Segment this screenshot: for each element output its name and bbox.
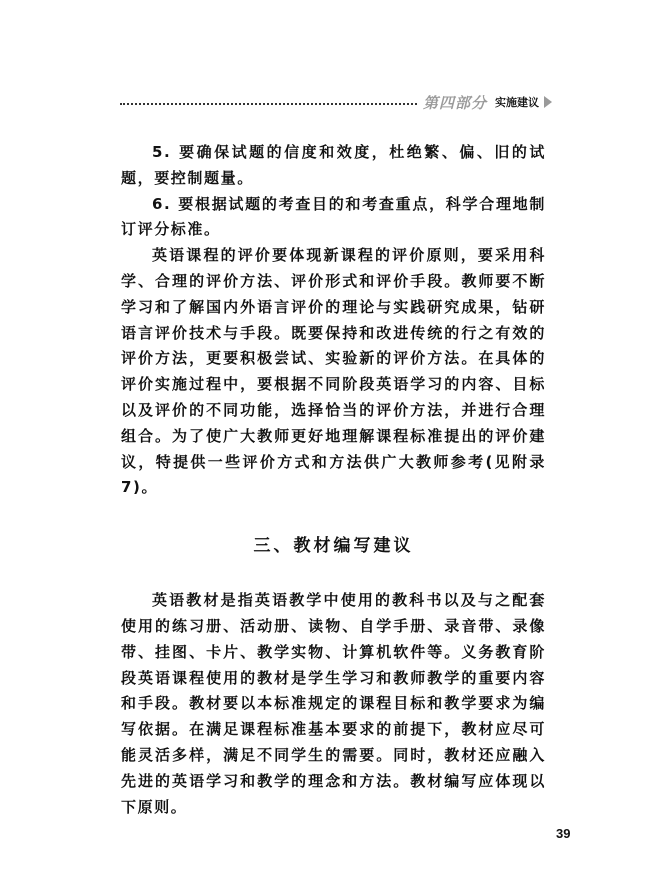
header-section-title: 实施建议 [495,94,539,110]
running-header: 第四部分 实施建议 [120,92,552,112]
paragraph-item-5: 5. 要确保试题的信度和效度，杜绝繁、偏、旧的试题，要控制题量。 [121,140,546,192]
dotted-leader [120,103,417,105]
triangle-marker-icon [544,96,552,108]
section-heading: 三、教材编写建议 [121,533,546,559]
page-body: 5. 要确保试题的信度和效度，杜绝繁、偏、旧的试题，要控制题量。 6. 要根据试… [121,140,546,820]
page-number: 39 [556,826,570,841]
paragraph-evaluation: 英语课程的评价要体现新课程的评价原则，要采用科学、合理的评价方法、评价形式和评价… [121,243,546,501]
paragraph-materials: 英语教材是指英语教学中使用的教科书以及与之配套使用的练习册、活动册、读物、自学手… [121,588,546,820]
paragraph-item-6: 6. 要根据试题的考查目的和考查重点，科学合理地制订评分标准。 [121,192,546,244]
header-part-title: 第四部分 [423,92,487,113]
